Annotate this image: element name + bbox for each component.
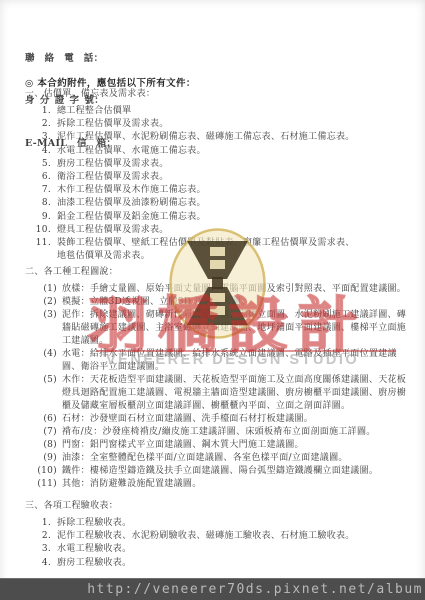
- item-text: 鐵件：樓梯造型鑄造鐵及扶手立面建議圖、陽台弧型鑄造鐵護欄立面建議圖。: [62, 465, 407, 478]
- section-acceptance-sheets: 三、各項工程驗收表：1.拆除工程驗收表。2.泥作工程驗收表、水泥粉刷驗收表、磁磚…: [25, 500, 365, 570]
- section-estimate-sheets: 一、估價單、備忘表及需求表：1.總工程整合估價單2.拆除工程估價單及需求表。3.…: [25, 88, 361, 263]
- item-number: (2): [25, 296, 62, 309]
- list-item: (10)鐵件：樓梯造型鑄造鐵及扶手立面建議圖、陽台弧型鑄造鐵護欄立面建議圖。: [25, 465, 407, 478]
- item-text: 水電：給排水平面位置建議圖、給排水系統立面建議圖、電路及插座平面位置建議圖、衛浴…: [62, 348, 407, 374]
- footer-url-bar: http://veneerer70ds.pixnet.net/album: [0, 578, 425, 600]
- item-text: 褙布/皮：沙發座椅褙皮/繃皮施工建議詳圖、床頭板褙布立面剖面施工詳圖。: [62, 426, 407, 439]
- item-number: 10.: [25, 224, 57, 237]
- item-number: (1): [25, 283, 62, 296]
- item-text: 水電工程驗收表。: [57, 543, 365, 556]
- list-item: (6)石材：沙發壁面石材立面建議圖、洗手檯面石材打板建議圖。: [25, 413, 407, 426]
- item-text: 拆除工程估價單及需求表。: [57, 118, 361, 131]
- item-text-segment: 拆除工程驗收表。: [57, 518, 131, 528]
- list-item: (8)門窗：鋁門窗樣式平立面建議圖、鋼木質大門施工建議圖。: [25, 439, 407, 452]
- item-text-segment: 泥作工程驗收表、水泥粉刷驗收表、磁磚施工驗收表、石材施工驗收表。: [57, 531, 355, 541]
- section-title: 二、各工種工程圖說：: [25, 266, 407, 279]
- list-item: 8.油漆工程估價單及油漆粉刷備忘表。: [25, 197, 361, 210]
- item-text-segment: 鋁金工程估價單及鋁金施工備忘表。: [57, 212, 206, 222]
- item-text: 木作工程估價單及木作施工備忘表。: [57, 184, 361, 197]
- item-number: (9): [25, 452, 62, 465]
- item-text: 拆除工程驗收表。: [57, 517, 365, 530]
- item-text-segment: 泥作工程估價單、水泥粉刷備忘表、磁磚施工備忘表、石材施工備忘表。: [57, 132, 355, 142]
- item-number: (7): [25, 426, 62, 439]
- list-item: 2.泥作工程驗收表、水泥粉刷驗收表、磁磚施工驗收表、石材施工驗收表。: [25, 530, 365, 543]
- item-text-segment: 裝飾工程估價單、壁紙工程估價單及黏貼表、窗簾工程估價單及需求表、地毯估價單及需求…: [57, 238, 355, 261]
- list-item: 7.木作工程估價單及木作施工備忘表。: [25, 184, 361, 197]
- item-text: 衛浴工程估價單及需求表。: [57, 171, 361, 184]
- list-item: 10.燈具工程估價單及需求表。: [25, 224, 361, 237]
- item-text: 油漆：全室整體配色樣平面/立面建議圖、各室色樣平面/立面建議圖。: [62, 452, 407, 465]
- item-text: 鋁金工程估價單及鋁金施工備忘表。: [57, 211, 361, 224]
- item-text-segment: 褙布/皮：沙發座椅褙皮/繃皮施工建議詳圖、床頭板褙布立面剖面施工詳圖。: [62, 427, 376, 437]
- list-item: (5)木作：天花板造型平面建議圖、天花板造型平面施工及立面高度關係建議圖、天花板…: [25, 374, 407, 413]
- item-text-segment: 水電工程估價單、水電施工備忘表。: [57, 146, 206, 156]
- section-construction-drawings: 二、各工種工程圖說：(1)放樣：手繪丈量圖、原始平面丈量圖、電腦平面圖及索引對照…: [25, 266, 407, 491]
- item-text: 泥作：拆除建議圖、砌磚新作隔間建議圖、砌磚立面圖、水泥粉刷施工建議詳圖、磚牆貼磁…: [62, 309, 407, 348]
- item-text-segment: 水電工程驗收表。: [57, 544, 131, 554]
- item-number: (10): [25, 465, 62, 478]
- list-item: 2.拆除工程估價單及需求表。: [25, 118, 361, 131]
- list-item: 1.拆除工程驗收表。: [25, 517, 365, 530]
- item-number: 2.: [25, 530, 57, 543]
- item-number: (4): [25, 348, 62, 374]
- item-text-segment: 木作工程估價單及木作施工備忘表。: [57, 185, 206, 195]
- item-text-segment: 燈具工程估價單及需求表。: [57, 225, 169, 235]
- item-text-segment: 門窗：鋁門窗樣式平立面建議圖、鋼木質大門施工建議圖。: [62, 440, 304, 450]
- item-text-segment: 油漆：全室整體配色樣平面/立面建議圖、各室色樣平面/立面建議圖。: [62, 453, 348, 463]
- item-text: 其他：消防避難設施配置建議圖。: [62, 478, 407, 491]
- footer-url-text: http://veneerer70ds.pixnet.net/album: [87, 582, 423, 597]
- item-text-highlight: 透視參考圖: [195, 297, 242, 307]
- item-text-segment: 拆除工程估價單及需求表。: [57, 119, 169, 129]
- item-text: 放樣：手繪丈量圖、原始平面丈量圖、電腦平面圖及索引對照表、平面配置建議圖。: [62, 283, 407, 296]
- item-number: 1.: [25, 105, 57, 118]
- item-text-segment: 泥作：拆除建議圖、砌磚新作隔間建議圖、砌磚立面圖、水泥粉刷施工建議詳圖、磚牆貼磁…: [62, 310, 406, 346]
- item-number: 3.: [25, 131, 57, 144]
- section-title: 三、各項工程驗收表：: [25, 500, 365, 513]
- item-text: 廚房工程驗收表。: [57, 557, 365, 570]
- item-text-segment: 衛浴工程估價單及需求表。: [57, 172, 169, 182]
- item-number: (5): [25, 374, 62, 413]
- list-item: 5.廚房工程估價單及需求表。: [25, 158, 361, 171]
- list-item: 3.水電工程驗收表。: [25, 543, 365, 556]
- item-number: 4.: [25, 557, 57, 570]
- attachments-heading: ◎ 本合約附件，應包括以下所有文件：: [25, 75, 196, 89]
- item-text: 石材：沙發壁面石材立面建議圖、洗手檯面石材打板建議圖。: [62, 413, 407, 426]
- contact-phone-label: 聯 絡 電 話：: [25, 52, 116, 66]
- item-text: 總工程整合估價單: [57, 105, 361, 118]
- list-item: (3)泥作：拆除建議圖、砌磚新作隔間建議圖、砌磚立面圖、水泥粉刷施工建議詳圖、磚…: [25, 309, 407, 348]
- item-text-segment: 水電：給排水平面位置建議圖、給排水系統立面建議圖、電路及插座平面位置建議圖、衛浴…: [62, 349, 397, 372]
- list-item: 6.衛浴工程估價單及需求表。: [25, 171, 361, 184]
- item-text: 木作：天花板造型平面建議圖、天花板造型平面施工及立面高度關係建議圖、天花板燈具迴…: [62, 374, 407, 413]
- item-text-segment: 。: [241, 297, 250, 307]
- item-text-segment: 其他：消防避難設施配置建議圖。: [62, 479, 202, 489]
- item-number: (11): [25, 478, 62, 491]
- item-number: 2.: [25, 118, 57, 131]
- item-number: (8): [25, 439, 62, 452]
- item-number: (6): [25, 413, 62, 426]
- list-item: 9.鋁金工程估價單及鋁金施工備忘表。: [25, 211, 361, 224]
- item-text: 油漆工程估價單及油漆粉刷備忘表。: [57, 197, 361, 210]
- item-text: 泥作工程驗收表、水泥粉刷驗收表、磁磚施工驗收表、石材施工驗收表。: [57, 530, 365, 543]
- list-item: (1)放樣：手繪丈量圖、原始平面丈量圖、電腦平面圖及索引對照表、平面配置建議圖。: [25, 283, 407, 296]
- item-number: 11.: [25, 237, 57, 263]
- list-item: (9)油漆：全室整體配色樣平面/立面建議圖、各室色樣平面/立面建議圖。: [25, 452, 407, 465]
- item-text-segment: 油漆工程估價單及油漆粉刷備忘表。: [57, 198, 206, 208]
- item-text: 泥作工程估價單、水泥粉刷備忘表、磁磚施工備忘表、石材施工備忘表。: [57, 131, 361, 144]
- item-text: 燈具工程估價單及需求表。: [57, 224, 361, 237]
- item-number: 6.: [25, 171, 57, 184]
- item-text-segment: 放樣：手繪丈量圖、原始平面丈量圖、電腦平面圖及索引對照表、平面配置建議圖。: [62, 284, 406, 294]
- item-number: 1.: [25, 517, 57, 530]
- item-text: 水電工程估價單、水電施工備忘表。: [57, 145, 361, 158]
- item-text: 模擬：立體3D透視圖、立體3D 透視參考圖。: [62, 296, 407, 309]
- list-item: 4.水電工程估價單、水電施工備忘表。: [25, 145, 361, 158]
- item-number: 3.: [25, 543, 57, 556]
- list-item: 11.裝飾工程估價單、壁紙工程估價單及黏貼表、窗簾工程估價單及需求表、地毯估價單…: [25, 237, 361, 263]
- item-text-segment: 木作：天花板造型平面建議圖、天花板造型平面施工及立面高度關係建議圖、天花板燈具迴…: [62, 375, 406, 411]
- document-page: 聯 絡 電 話： 身 分 證 字 號： E-MAIL 信 箱： ◎ 本合約附件，…: [0, 0, 425, 600]
- item-number: 7.: [25, 184, 57, 197]
- list-item: 1.總工程整合估價單: [25, 105, 361, 118]
- item-text-segment: 總工程整合估價單: [57, 106, 131, 116]
- list-item: (4)水電：給排水平面位置建議圖、給排水系統立面建議圖、電路及插座平面位置建議圖…: [25, 348, 407, 374]
- item-text-segment: 鐵件：樓梯造型鑄造鐵及扶手立面建議圖、陽台弧型鑄造鐵護欄立面建議圖。: [62, 466, 378, 476]
- list-item: (2)模擬：立體3D透視圖、立體3D 透視參考圖。: [25, 296, 407, 309]
- item-text-segment: 石材：沙發壁面石材立面建議圖、洗手檯面石材打板建議圖。: [62, 414, 313, 424]
- list-item: (7)褙布/皮：沙發座椅褙皮/繃皮施工建議詳圖、床頭板褙布立面剖面施工詳圖。: [25, 426, 407, 439]
- list-item: (11)其他：消防避難設施配置建議圖。: [25, 478, 407, 491]
- item-number: 5.: [25, 158, 57, 171]
- item-number: 4.: [25, 145, 57, 158]
- list-item: 3.泥作工程估價單、水泥粉刷備忘表、磁磚施工備忘表、石材施工備忘表。: [25, 131, 361, 144]
- item-text: 廚房工程估價單及需求表。: [57, 158, 361, 171]
- item-text-segment: 廚房工程驗收表。: [57, 558, 131, 568]
- item-number: (3): [25, 309, 62, 348]
- item-text-segment: 模擬：立體3D透視圖、立體3D: [62, 297, 195, 307]
- item-number: 8.: [25, 197, 57, 210]
- section-title: 一、估價單、備忘表及需求表：: [25, 88, 361, 101]
- item-text: 門窗：鋁門窗樣式平立面建議圖、鋼木質大門施工建議圖。: [62, 439, 407, 452]
- list-item: 4.廚房工程驗收表。: [25, 557, 365, 570]
- item-number: 9.: [25, 211, 57, 224]
- item-text-segment: 廚房工程估價單及需求表。: [57, 159, 169, 169]
- item-text: 裝飾工程估價單、壁紙工程估價單及黏貼表、窗簾工程估價單及需求表、地毯估價單及需求…: [57, 237, 361, 263]
